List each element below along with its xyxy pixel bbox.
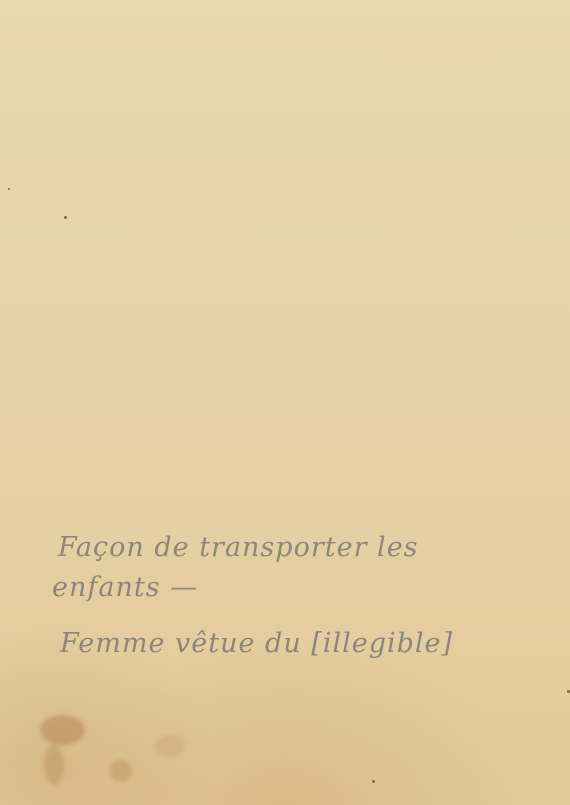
handwriting-line-1: Façon de transporter les xyxy=(58,532,419,563)
paper-speck xyxy=(8,188,10,190)
paper-speck xyxy=(372,780,375,783)
handwriting-line-3: Femme vêtue du [illegible] xyxy=(60,628,453,659)
handwriting-line-2: enfants — xyxy=(52,572,198,603)
paper-sheet: Façon de transporter les enfants — Femme… xyxy=(0,0,570,805)
water-stain xyxy=(40,715,85,745)
water-stain xyxy=(44,745,64,785)
water-stain xyxy=(110,760,132,782)
paper-speck xyxy=(64,216,67,219)
water-stain xyxy=(155,735,185,757)
